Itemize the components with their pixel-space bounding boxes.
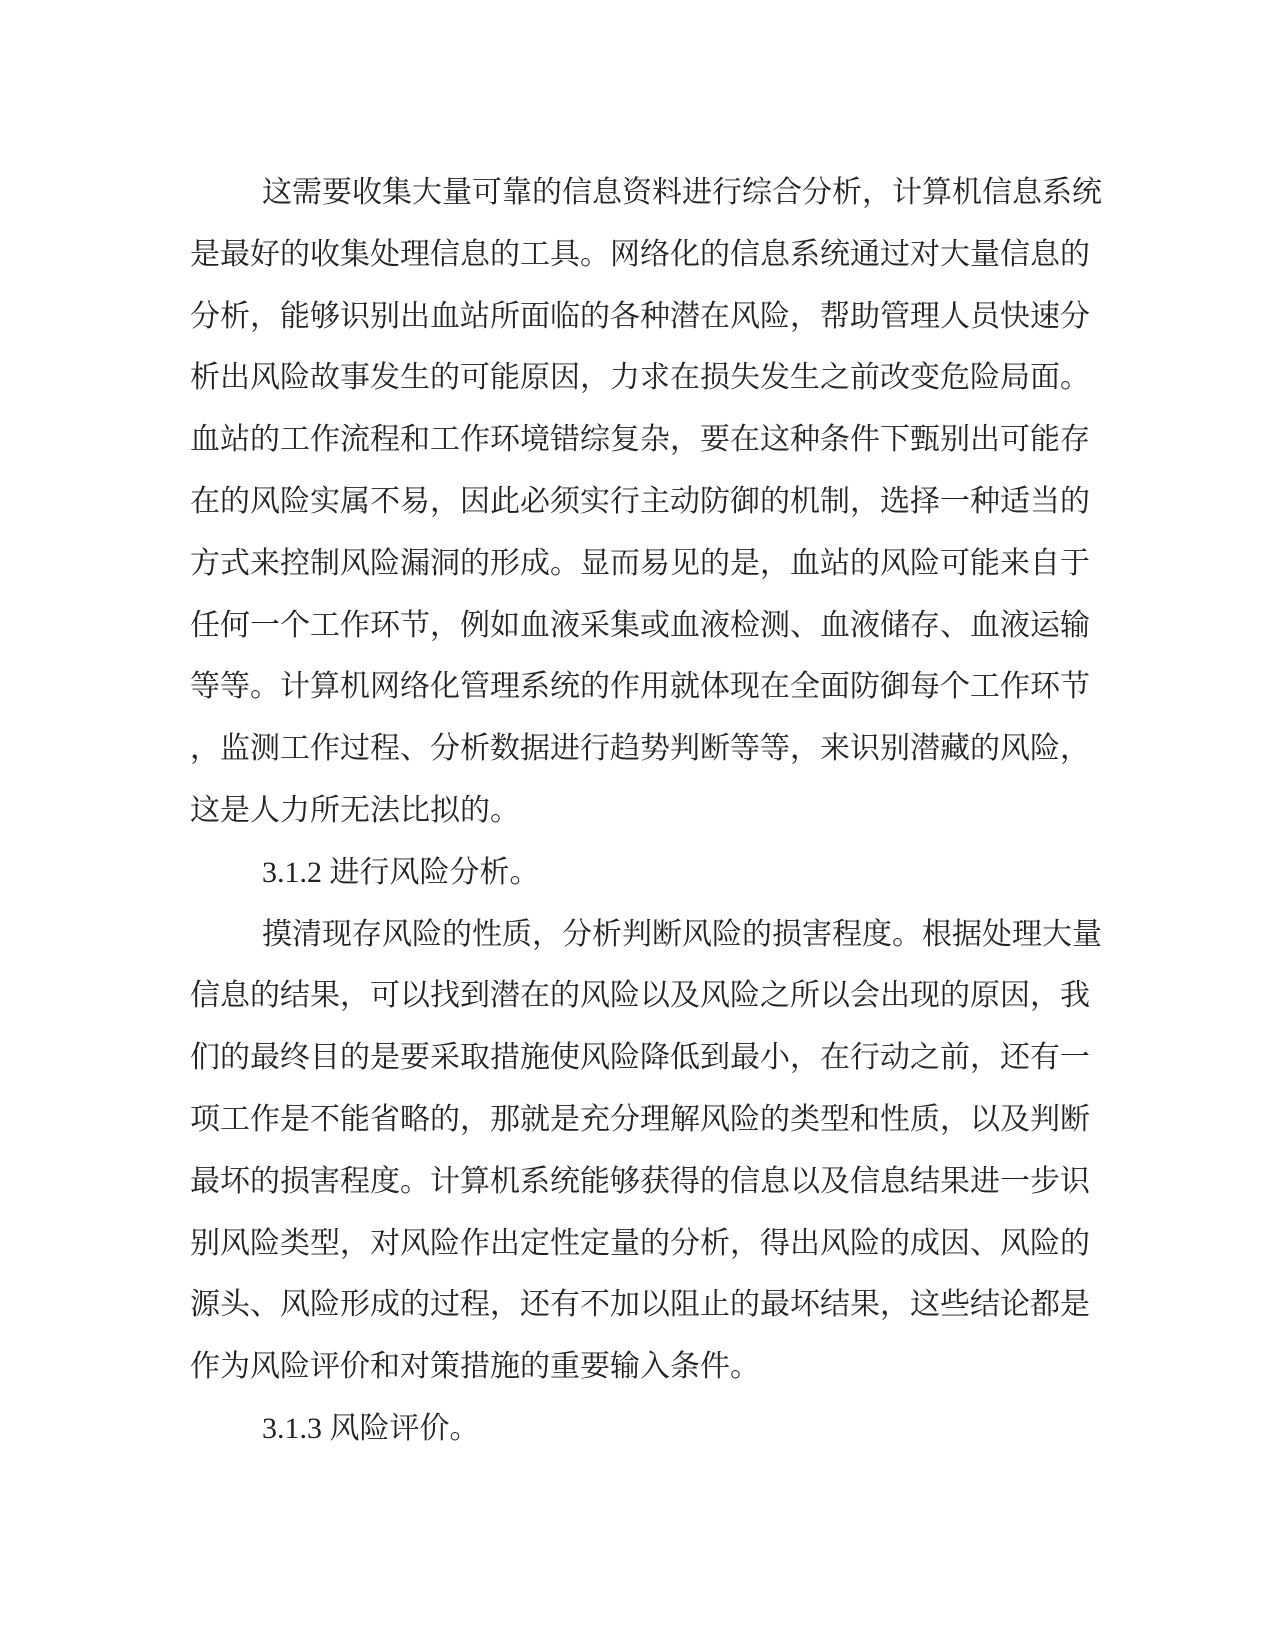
text-line: 源头、风险形成的过程，还有不加以阻止的最坏结果，这些结论都是 [190,1274,1090,1336]
section-heading: 3.1.2 进行风险分析。 [190,842,1090,904]
text-line: 这是人力所无法比拟的。 [190,780,1090,842]
text-line: 作为风险评价和对策措施的重要输入条件。 [190,1336,1090,1398]
section-heading: 3.1.3 风险评价。 [190,1398,1090,1460]
text-line: 等等。计算机网络化管理系统的作用就体现在全面防御每个工作环节 [190,656,1090,718]
text-line: 信息的结果，可以找到潜在的风险以及风险之所以会出现的原因，我 [190,965,1090,1027]
text-line: 们的最终目的是要采取措施使风险降低到最小，在行动之前，还有一 [190,1027,1090,1089]
text-line: 分析，能够识别出血站所面临的各种潜在风险，帮助管理人员快速分 [190,286,1090,348]
document-body: 这需要收集大量可靠的信息资料进行综合分析，计算机信息系统是最好的收集处理信息的工… [190,162,1090,1460]
text-line: 这需要收集大量可靠的信息资料进行综合分析，计算机信息系统 [190,162,1090,224]
text-line: 析出风险故事发生的可能原因，力求在损失发生之前改变危险局面。 [190,347,1090,409]
text-line: 是最好的收集处理信息的工具。网络化的信息系统通过对大量信息的 [190,224,1090,286]
text-line: 任何一个工作环节，例如血液采集或血液检测、血液储存、血液运输 [190,595,1090,657]
text-line: 方式来控制风险漏洞的形成。显而易见的是，血站的风险可能来自于 [190,533,1090,595]
text-line: ，监测工作过程、分析数据进行趋势判断等等，来识别潜藏的风险， [190,718,1090,780]
text-line: 项工作是不能省略的，那就是充分理解风险的类型和性质，以及判断 [190,1089,1090,1151]
document-page: 这需要收集大量可靠的信息资料进行综合分析，计算机信息系统是最好的收集处理信息的工… [0,0,1275,1650]
text-line: 别风险类型，对风险作出定性定量的分析，得出风险的成因、风险的 [190,1213,1090,1275]
text-line: 在的风险实属不易，因此必须实行主动防御的机制，选择一种适当的 [190,471,1090,533]
text-line: 摸清现存风险的性质，分析判断风险的损害程度。根据处理大量 [190,904,1090,966]
text-line: 最坏的损害程度。计算机系统能够获得的信息以及信息结果进一步识 [190,1151,1090,1213]
text-line: 血站的工作流程和工作环境错综复杂，要在这种条件下甄别出可能存 [190,409,1090,471]
